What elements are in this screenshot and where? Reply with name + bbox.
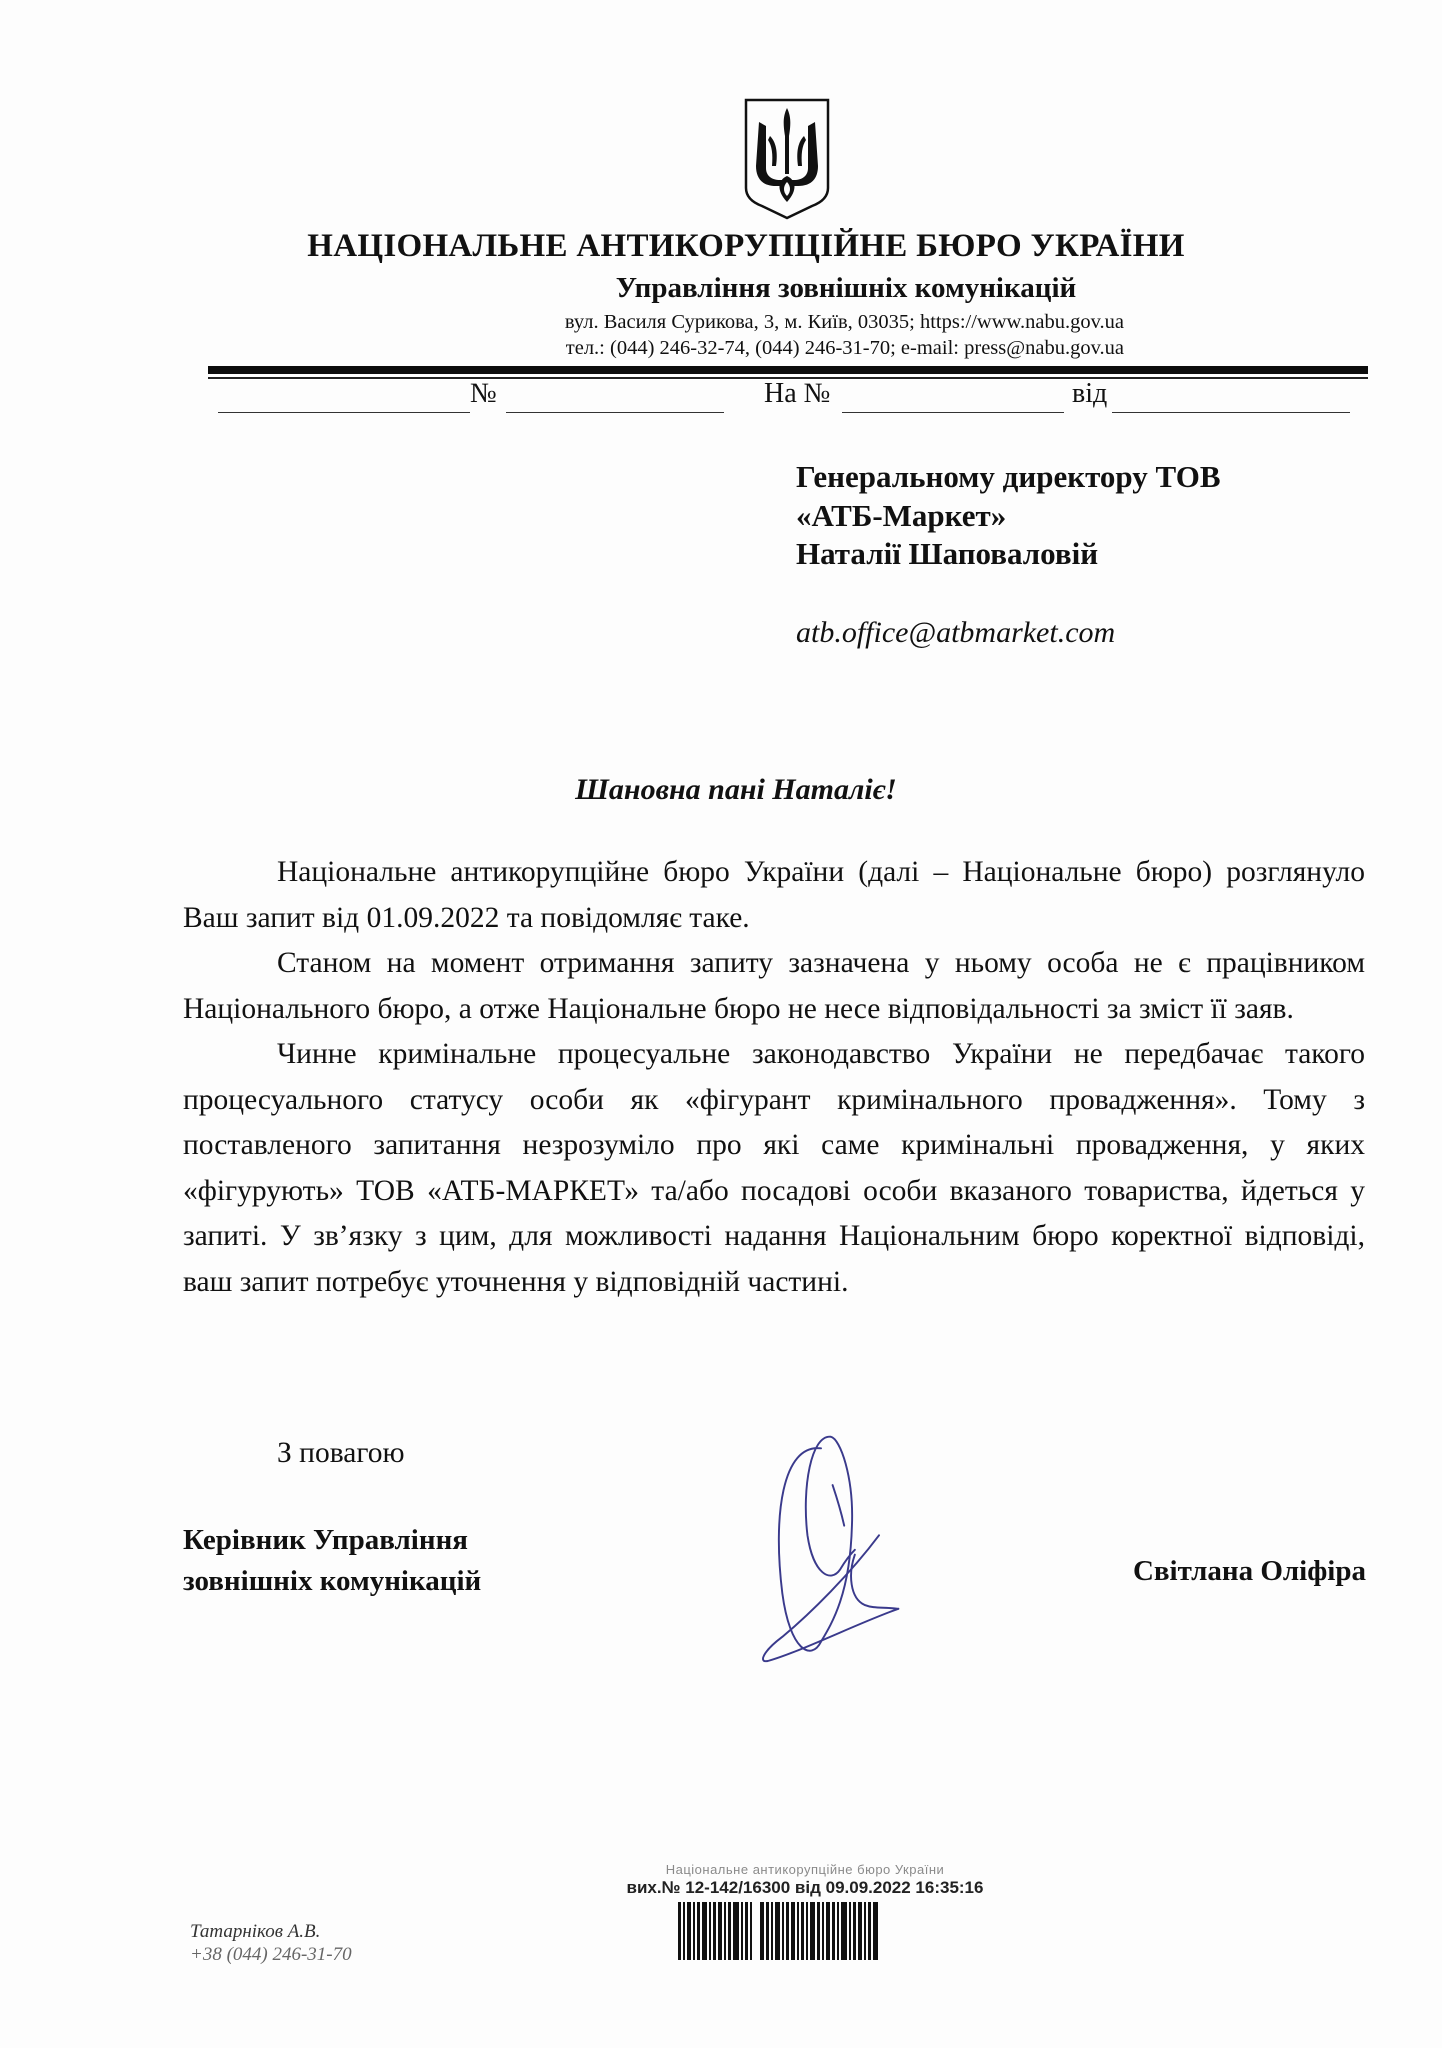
recipient-line: Генеральному директору ТОВ	[796, 458, 1221, 497]
registration-row: № На № від	[0, 378, 1442, 418]
closing-phrase: З повагою	[277, 1437, 404, 1470]
body-paragraph: Національне антикорупційне бюро України …	[183, 850, 1365, 941]
outgoing-date-blank	[218, 378, 470, 413]
recipient-line: «АТБ-Маркет»	[796, 497, 1221, 536]
signer-title: Керівник Управління зовнішніх комунікаці…	[183, 1520, 481, 1602]
reply-to-number-blank	[842, 378, 1064, 413]
stamp-organization: Національне антикорупційне бюро України	[610, 1862, 1000, 1877]
outgoing-number-blank	[506, 378, 724, 413]
executor-phone: +38 (044) 246-31-70	[190, 1943, 352, 1966]
letter-body: Національне антикорупційне бюро України …	[183, 850, 1365, 1305]
stamp-outgoing-number: вих.№ 12-142/16300 від 09.09.2022 16:35:…	[610, 1878, 1000, 1898]
handwritten-signature-icon	[740, 1400, 960, 1690]
barcode-icon	[678, 1902, 933, 1960]
recipient-email: atb.office@atbmarket.com	[796, 616, 1115, 650]
executor-name: Татарніков А.В.	[190, 1920, 352, 1943]
body-paragraph: Чинне кримінальне процесуальне законодав…	[183, 1032, 1365, 1305]
address-line: вул. Василя Сурикова, 3, м. Київ, 03035;…	[565, 311, 1124, 334]
department-name: Управління зовнішніх комунікацій	[0, 272, 1442, 305]
reply-to-label: На №	[764, 378, 830, 410]
organization-name: НАЦІОНАЛЬНЕ АНТИКОРУПЦІЙНЕ БЮРО УКРАЇНИ	[0, 228, 1442, 265]
body-paragraph: Станом на момент отримання запиту зазнач…	[183, 941, 1365, 1032]
reply-to-date-blank	[1112, 378, 1350, 413]
recipient-line: Наталії Шаповаловій	[796, 535, 1221, 574]
executor-info: Татарніков А.В. +38 (044) 246-31-70	[190, 1920, 352, 1966]
signer-name: Світлана Оліфіра	[1133, 1555, 1366, 1588]
recipient-block: Генеральному директору ТОВ «АТБ-Маркет» …	[796, 458, 1221, 574]
salutation: Шановна пані Наталіє!	[0, 773, 1442, 807]
registration-stamp: Національне антикорупційне бюро України …	[610, 1862, 1000, 1960]
coat-of-arms-icon	[742, 96, 832, 222]
contact-line: тел.: (044) 246-32-74, (044) 246-31-70; …	[566, 337, 1124, 360]
date-label: від	[1072, 378, 1107, 410]
header-rule-thick	[208, 366, 1368, 374]
signer-title-line: зовнішніх комунікацій	[183, 1561, 481, 1602]
number-label: №	[470, 378, 497, 410]
signer-title-line: Керівник Управління	[183, 1520, 481, 1561]
